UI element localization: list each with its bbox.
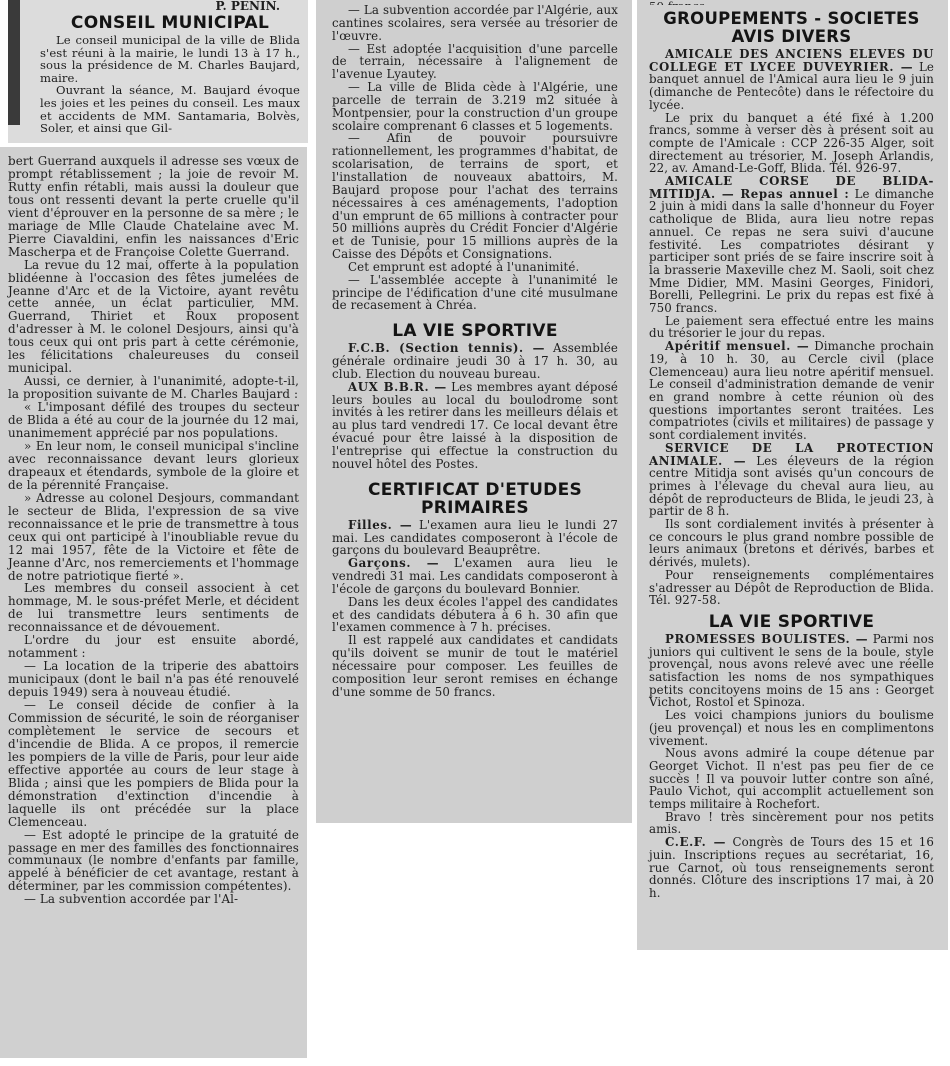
paragraph: Bravo ! très sincèrement pour nos petits… — [649, 811, 934, 836]
headline-avis-divers: AVIS DIVERS — [649, 28, 934, 46]
paragraph-text: — L'assemblée accepte à l'unanimité le p… — [332, 273, 618, 313]
paragraph-text: — Est adopté le principe de la gratuité … — [8, 828, 299, 894]
paragraph: Aussi, ce dernier, à l'unanimité, adopte… — [8, 375, 299, 401]
paragraph: AMICALE CORSE DE BLIDA-MITIDJA. — Repas … — [649, 175, 934, 315]
paragraph-text: — La ville de Blida cède à l'Algérie, un… — [332, 80, 618, 133]
paragraph-text: L'ordre du jour est ensuite abordé, nota… — [8, 633, 299, 660]
paragraph: — L'assemblée accepte à l'unanimité le p… — [332, 274, 618, 313]
paragraph: Il est rappelé aux candidates et candida… — [332, 634, 618, 698]
paragraph-text: » En leur nom, le conseil municipal s'in… — [8, 439, 299, 492]
headline-certificat-1: CERTIFICAT D'ETUDES — [332, 481, 618, 499]
paragraph: PROMESSES BOULISTES. — Parmi nos juniors… — [649, 633, 934, 709]
paragraph: Apéritif mensuel. — Dimanche prochain 19… — [649, 340, 934, 442]
paragraph: Le paiement sera effectué entre les main… — [649, 315, 934, 340]
paragraph: « L'imposant défilé des troupes du secte… — [8, 401, 299, 440]
paragraph-text: — Le conseil décide de confier à la Comm… — [8, 698, 299, 829]
paragraph: Garçons. — L'examen aura lieu le vendred… — [332, 557, 618, 596]
paragraph: Pour renseignements complémentaires s'ad… — [649, 569, 934, 607]
paragraph: Le conseil municipal de la ville de Blid… — [40, 34, 300, 84]
paragraph-text: Le prix du banquet a été fixé à 1.200 fr… — [649, 111, 934, 176]
sport-news-2: PROMESSES BOULISTES. — Parmi nos juniors… — [649, 633, 934, 900]
clipping-middle-column: — La subvention accordée par l'Algérie, … — [316, 0, 632, 823]
top-fragment: 50 francs. — [649, 0, 934, 5]
clipping-conseil-municipal-body: bert Guerrand auxquels il adresse ses vœ… — [0, 147, 307, 1058]
paragraph: Filles. — L'examen aura lieu le lundi 27… — [332, 519, 618, 558]
article-continuation: — La subvention accordée par l'Algérie, … — [332, 4, 618, 312]
paragraph: Nous avons admiré la coupe détenue par G… — [649, 747, 934, 811]
paragraph: — La location de la triperie des abattoi… — [8, 660, 299, 699]
paragraph: bert Guerrand auxquels il adresse ses vœ… — [8, 155, 299, 259]
paragraph: — Afin de pouvoir poursuivre rationnelle… — [332, 132, 618, 260]
paragraph: F.C.B. (Section tennis). — Assemblée gén… — [332, 342, 618, 381]
paragraph-text: — Est adoptée l'acquisition d'une parcel… — [332, 42, 618, 82]
paragraph: Les membres du conseil associent à cet h… — [8, 582, 299, 634]
paragraph: Ils sont cordialement invités à présente… — [649, 518, 934, 569]
paragraph: Ouvrant la séance, M. Baujard évoque les… — [40, 84, 300, 134]
paragraph: La revue du 12 mai, offerte à la populat… — [8, 259, 299, 376]
scan-edge — [8, 0, 20, 125]
paragraph: — Est adopté le principe de la gratuité … — [8, 829, 299, 894]
paragraph-text: Nous avons admiré la coupe détenue par G… — [649, 746, 934, 811]
byline: P. PENIN. — [40, 0, 280, 12]
clipping-right-column: 50 francs. GROUPEMENTS - SOCIETES AVIS D… — [637, 0, 948, 950]
paragraph-text: Dans les deux écoles l'appel des candida… — [332, 595, 618, 635]
paragraph-text: » Adresse au colonel Desjours, commandan… — [8, 491, 299, 583]
headline-certificat-2: PRIMAIRES — [332, 499, 618, 517]
paragraph: Dans les deux écoles l'appel des candida… — [332, 596, 618, 635]
headline-conseil-municipal: CONSEIL MUNICIPAL — [40, 14, 300, 32]
paragraph-text: Aussi, ce dernier, à l'unanimité, adopte… — [8, 374, 299, 401]
paragraph-text: — Afin de pouvoir poursuivre rationnelle… — [332, 131, 618, 261]
paragraph-text: — La location de la triperie des abattoi… — [8, 659, 299, 699]
paragraph-text: Le paiement sera effectué entre les main… — [649, 314, 934, 341]
paragraph-lead: AMICALE DES ANCIENS ELEVES DU COLLEGE ET… — [649, 47, 934, 74]
paragraph-text: Dimanche prochain 19, à 10 h. 30, au Cer… — [649, 339, 934, 442]
paragraph: » En leur nom, le conseil municipal s'in… — [8, 440, 299, 492]
article-body: bert Guerrand auxquels il adresse ses vœ… — [8, 155, 299, 906]
paragraph: — La ville de Blida cède à l'Algérie, un… — [332, 81, 618, 132]
paragraph: C.E.F. — Congrès de Tours des 15 et 16 j… — [649, 836, 934, 900]
headline-vie-sportive-2: LA VIE SPORTIVE — [649, 613, 934, 631]
headline-groupements: GROUPEMENTS - SOCIETES — [649, 10, 934, 28]
paragraph: — La subvention accordée par l'Algérie, … — [332, 4, 618, 43]
paragraph-text: Les membres du conseil associent à cet h… — [8, 581, 299, 634]
paragraph-text: Les voici champions juniors du boulisme … — [649, 708, 934, 747]
paragraph: SERVICE DE LA PROTECTION ANIMALE. — Les … — [649, 442, 934, 518]
paragraph-text: — La subvention accordée par l'Algérie, … — [332, 3, 618, 43]
paragraph: — Le conseil décide de confier à la Comm… — [8, 699, 299, 829]
paragraph: Le prix du banquet a été fixé à 1.200 fr… — [649, 112, 934, 176]
paragraph: L'ordre du jour est ensuite abordé, nota… — [8, 634, 299, 660]
paragraph-text: Le dimanche 2 juin à midi dans la salle … — [649, 187, 934, 315]
paragraph-text: « L'imposant défilé des troupes du secte… — [8, 400, 299, 440]
paragraph-text: Bravo ! très sincèrement pour nos petits… — [649, 810, 934, 837]
sport-news: F.C.B. (Section tennis). — Assemblée gén… — [332, 342, 618, 470]
paragraph-text: — La subvention accordée par l'Al- — [24, 892, 238, 906]
paragraph-text: Il est rappelé aux candidates et candida… — [332, 633, 618, 698]
article-intro: Le conseil municipal de la ville de Blid… — [40, 34, 300, 135]
headline-vie-sportive: LA VIE SPORTIVE — [332, 322, 618, 340]
paragraph-text: La revue du 12 mai, offerte à la populat… — [8, 258, 299, 376]
paragraph: — La subvention accordée par l'Al- — [8, 893, 299, 906]
paragraph-text: Ils sont cordialement invités à présente… — [649, 517, 934, 569]
paragraph: — Est adoptée l'acquisition d'une parcel… — [332, 43, 618, 82]
clipping-conseil-municipal-top: P. PENIN. CONSEIL MUNICIPAL Le conseil m… — [8, 0, 308, 143]
paragraph: AMICALE DES ANCIENS ELEVES DU COLLEGE ET… — [649, 48, 934, 112]
paragraph: AUX B.B.R. — Les membres ayant déposé le… — [332, 381, 618, 471]
paragraph: Les voici champions juniors du boulisme … — [649, 709, 934, 747]
paragraph-text: Pour renseignements complémentaires s'ad… — [649, 568, 934, 607]
paragraph-text: Les membres ayant déposé leurs boules au… — [332, 380, 618, 471]
associations-news: AMICALE DES ANCIENS ELEVES DU COLLEGE ET… — [649, 48, 934, 607]
paragraph: » Adresse au colonel Desjours, commandan… — [8, 492, 299, 583]
certificat-news: Filles. — L'examen aura lieu le lundi 27… — [332, 519, 618, 699]
paragraph-text: bert Guerrand auxquels il adresse ses vœ… — [8, 154, 299, 259]
